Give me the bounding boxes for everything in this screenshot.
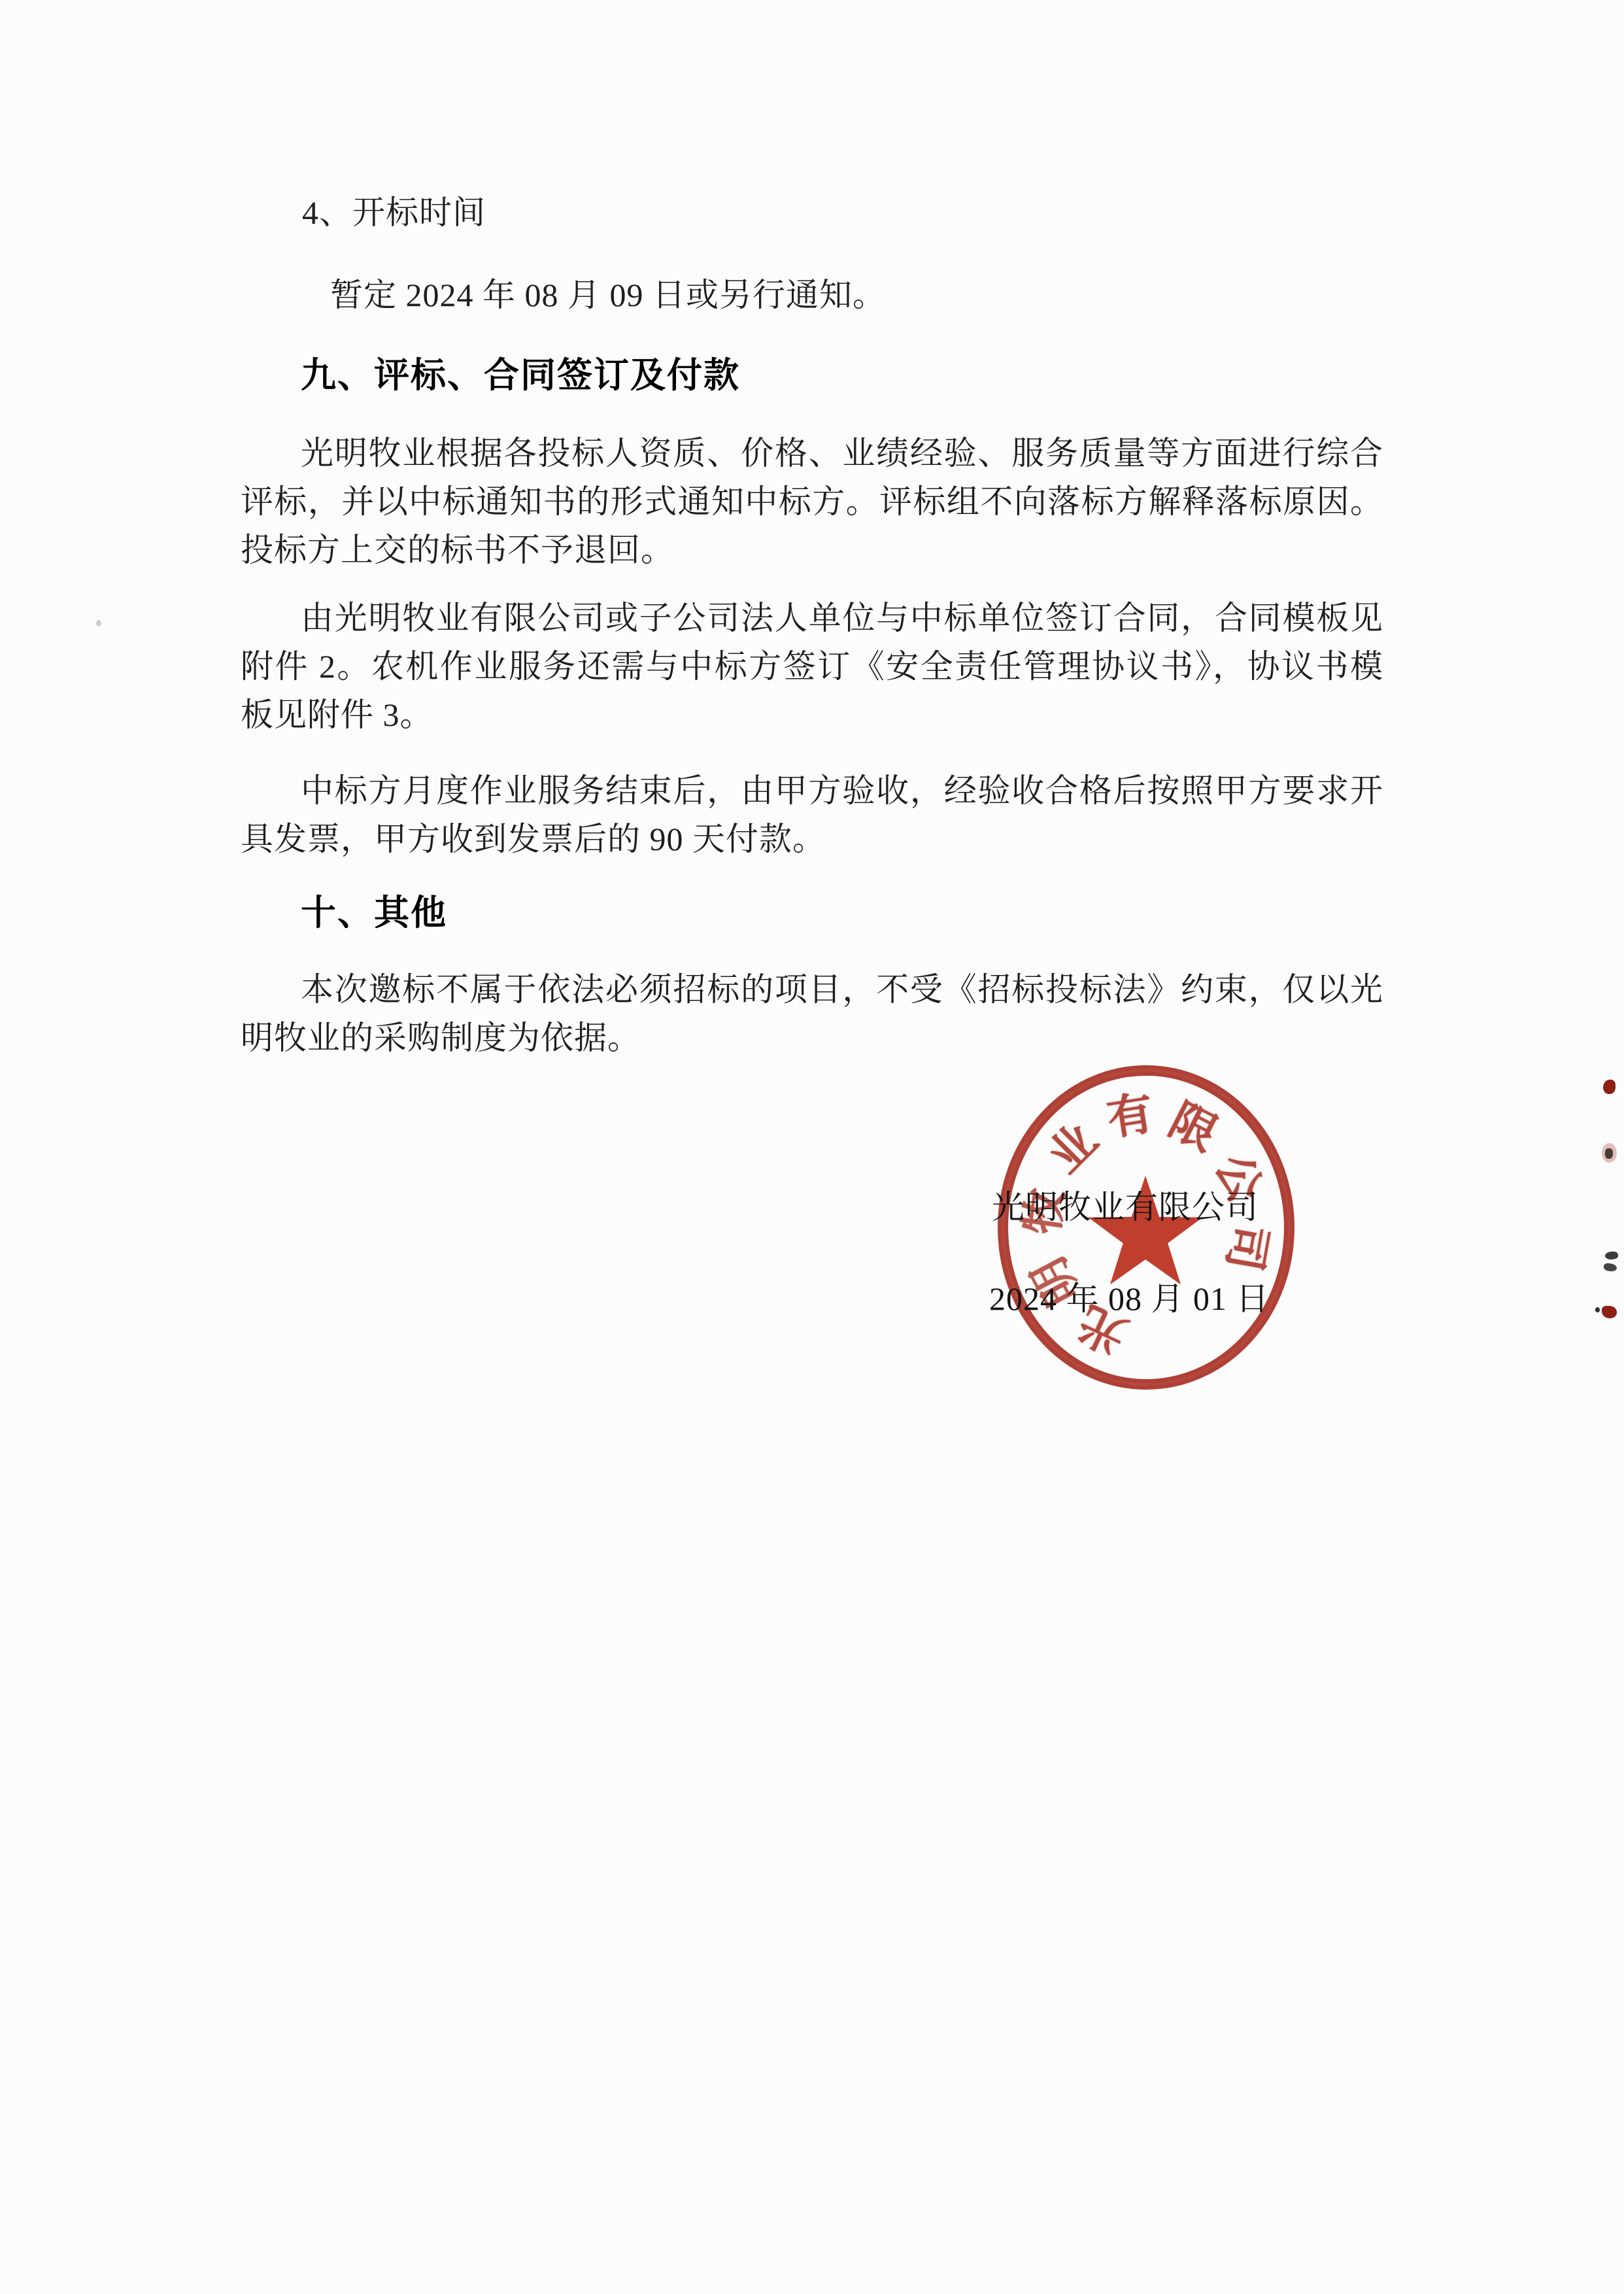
signature-company-name: 光明牧业有限公司 <box>992 1181 1259 1228</box>
scan-artifact-red-3-speck <box>1595 1307 1600 1312</box>
seal-ring-and-star <box>0 0 1624 2294</box>
scan-artifact-dark-2 <box>1603 1263 1617 1272</box>
document-page: 4、开标时间 暂定 2024 年 08 月 09 日或另行通知。 九、评标、合同… <box>0 0 1624 2294</box>
seal-char-8: 司 <box>1214 1220 1287 1276</box>
scan-artifact-red-2-core <box>1605 1148 1613 1159</box>
scan-artifact-red-2 <box>1602 1143 1617 1163</box>
section4-body: 暂定 2024 年 08 月 09 日或另行通知。 <box>330 271 886 319</box>
scan-artifact-left-dot <box>96 620 101 626</box>
section4-title: 4、开标时间 <box>302 188 486 237</box>
signature-date: 2024 年 08 月 01 日 <box>989 1273 1270 1320</box>
scan-artifact-dark-1 <box>1604 1251 1618 1261</box>
section9-paragraph-1: 光明牧业根据各投标人资质、价格、业绩经验、服务质量等方面进行综合评标，并以中标通… <box>241 429 1383 574</box>
seal-char-4: 业 <box>1031 1106 1110 1186</box>
section9-paragraph-3: 中标方月度作业服务结束后，由甲方验收，经验收合格后按照甲方要求开具发票，甲方收到… <box>241 766 1383 863</box>
scan-artifact-red-3 <box>1602 1306 1617 1318</box>
seal-char-6: 限 <box>1160 1084 1230 1164</box>
section9-heading: 九、评标、合同签订及付款 <box>301 354 740 396</box>
scan-artifact-red-1 <box>1603 1080 1616 1094</box>
section10-heading: 十、其他 <box>301 892 447 934</box>
section10-paragraph-1: 本次邀标不属于依法必须招标的项目，不受《招标投标法》约束，仅以光明牧业的采购制度… <box>241 965 1383 1062</box>
section9-paragraph-2: 由光明牧业有限公司或子公司法人单位与中标单位签订合同，合同模板见附件 2。农机作… <box>241 594 1383 739</box>
seal-char-5: 有 <box>1102 1076 1158 1149</box>
